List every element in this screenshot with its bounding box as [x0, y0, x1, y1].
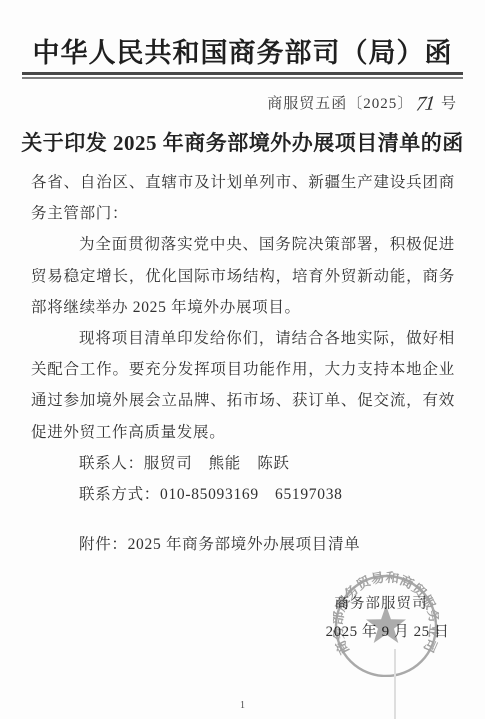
rule-thick-line: [22, 72, 463, 75]
letterhead-double-rule: [22, 72, 463, 79]
seal-ring-text: 商务部服务贸易和商贸服务业司: [333, 571, 439, 657]
document-number-prefix: 商服贸五函〔2025〕: [267, 96, 413, 112]
document-number: 商服贸五函〔2025〕71 号: [267, 92, 457, 113]
salutation-line: 各省、自治区、直辖市及计划单列市、新疆生产建设兵团商务主管部门：: [31, 167, 455, 229]
document-number-handwritten: 71: [415, 96, 435, 112]
letterhead-title: 中华人民共和国商务部司（局）函: [0, 36, 485, 70]
attachment-line: 附件：2025 年商务部境外办展项目清单: [31, 529, 455, 560]
rule-thin-line: [22, 77, 463, 79]
document-title: 关于印发 2025 年商务部境外办展项目清单的函: [0, 127, 485, 157]
seal-ring-text-holder: 商务部服务贸易和商贸服务业司: [333, 571, 439, 657]
document-number-suffix: 号: [441, 96, 457, 112]
contact-phone-line: 联系方式：010-85093169 65197038: [31, 479, 455, 510]
body-paragraph-1: 为全面贯彻落实党中央、国务院决策部署，积极促进贸易稳定增长，优化国际市场结构，培…: [31, 229, 455, 323]
page-number: 1: [0, 700, 485, 711]
signature-date: 2025 年 9 月 25 日: [305, 620, 470, 641]
scanned-official-letter: 中华人民共和国商务部司（局）函 商服贸五函〔2025〕71 号 关于印发 202…: [0, 0, 485, 719]
letter-body: 各省、自治区、直辖市及计划单列市、新疆生产建设兵团商务主管部门： 为全面贯彻落实…: [31, 167, 455, 510]
signature-department: 商务部服贸司: [306, 592, 456, 613]
contact-person-line: 联系人：服贸司 熊能 陈跃: [31, 448, 455, 479]
body-paragraph-2: 现将项目清单印发给你们，请结合各地实际，做好相关配合工作。要充分发挥项目功能作用…: [31, 323, 455, 448]
